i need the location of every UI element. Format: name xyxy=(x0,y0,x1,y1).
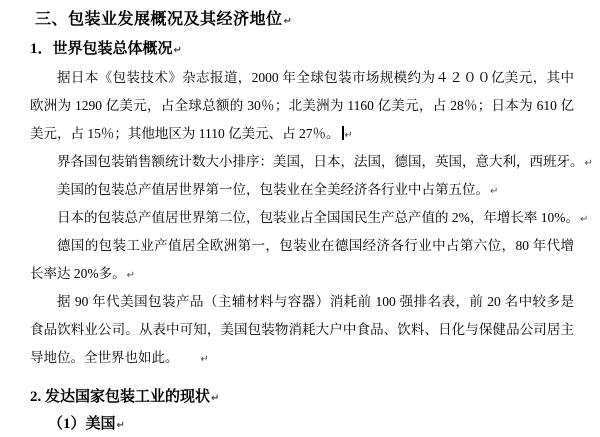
doc-title: 三、包装业发展概况及其经济地位↵ xyxy=(30,6,574,34)
body-text: 据日本《包装技术》杂志报道，2000 年全球包装市场规模约为４２００亿美元，其中… xyxy=(30,64,574,372)
line-text: 食品饮料业公司。从表中可知，美国包装物消耗大户中食品、饮料、日化与保健品公司居主 xyxy=(30,322,574,337)
body-line: 美元，占 15％；其他地区为 1110 亿美元、占 27％。↵ xyxy=(30,120,574,148)
line-text: 界各国包装销售额统计数大小排序：美国，日本，法国，德国，英国，意大利，西班牙。 xyxy=(57,154,584,169)
pilcrow-mark: ↵ xyxy=(211,393,219,404)
body-line: 界各国包装销售额统计数大小排序：美国，日本，法国，德国，英国，意大利，西班牙。↵ xyxy=(30,148,574,176)
pilcrow-mark: ↵ xyxy=(284,16,293,27)
body-line: 长率达 20%多。↵ xyxy=(30,260,574,288)
line-text: 长率达 20%多。 xyxy=(30,266,126,281)
body-line: 美国的包装总产值居世界第一位，包装业在全美经济各行业中占第五位。↵ xyxy=(30,176,574,204)
subsection-heading-usa-text: （1）美国 xyxy=(48,416,116,432)
section-heading-1: 1．世界包装总体概况↵ xyxy=(30,36,574,62)
body-line: 德国的包装工业产值居全欧洲第一，包装业在德国经济各行业中占第六位，80 年代增 xyxy=(30,232,574,260)
line-text: 欧洲为 1290 亿美元，占全球总额的 30％；北美洲为 1160 亿美元，占 … xyxy=(30,98,574,113)
body-line: 据日本《包装技术》杂志报道，2000 年全球包装市场规模约为４２００亿美元，其中 xyxy=(30,64,574,92)
body-line: 据 90 年代美国包装产品（主辅材料与容器）消耗前 100 强排名表，前 20 … xyxy=(30,288,574,316)
line-text: 美国的包装总产值居世界第一位，包装业在全美经济各行业中占第五位。 xyxy=(57,182,489,197)
body-line: 日本的包装总产值居世界第二位，包装业占全国国民生产总产值的 2%，年增长率 10… xyxy=(30,204,574,232)
document-page[interactable]: 三、包装业发展概况及其经济地位↵ 1．世界包装总体概况↵ 据日本《包装技术》杂志… xyxy=(0,0,600,437)
line-text: 导地位。全世界也如此。 xyxy=(30,350,179,365)
section-heading-2-text: 2. 发达国家包装工业的现状 xyxy=(30,389,210,405)
body-line: 欧洲为 1290 亿美元，占全球总额的 30％；北美洲为 1160 亿美元，占 … xyxy=(30,92,574,120)
line-text: 据 90 年代美国包装产品（主辅材料与容器）消耗前 100 强排名表，前 20 … xyxy=(57,294,574,309)
pilcrow-mark: ↵ xyxy=(117,420,125,431)
pilcrow-mark: ↵ xyxy=(580,214,588,225)
pilcrow-mark: ↵ xyxy=(201,354,209,365)
pilcrow-mark: ↵ xyxy=(345,130,353,141)
line-text: 据日本《包装技术》杂志报道，2000 年全球包装市场规模约为４２００亿美元，其中 xyxy=(57,70,574,85)
section-heading-1-text: 1．世界包装总体概况 xyxy=(30,41,173,57)
line-text: 德国的包装工业产值居全欧洲第一，包装业在德国经济各行业中占第六位，80 年代增 xyxy=(57,238,574,253)
line-text: 美元，占 15％；其他地区为 1110 亿美元、占 27％。 xyxy=(30,126,340,141)
body-line: 食品饮料业公司。从表中可知，美国包装物消耗大户中食品、饮料、日化与保健品公司居主 xyxy=(30,316,574,344)
subsection-heading-usa: （1）美国↵ xyxy=(30,411,574,437)
line-text: 日本的包装总产值居世界第二位，包装业占全国国民生产总产值的 2%，年增长率 10… xyxy=(57,210,579,225)
body-line: 导地位。全世界也如此。↵ xyxy=(30,344,574,372)
pilcrow-mark: ↵ xyxy=(127,270,135,281)
pilcrow-mark: ↵ xyxy=(174,45,182,56)
section-heading-2: 2. 发达国家包装工业的现状↵ xyxy=(30,384,574,410)
pilcrow-mark: ↵ xyxy=(490,186,498,197)
pilcrow-mark: ↵ xyxy=(585,158,593,169)
doc-title-text: 三、包装业发展概况及其经济地位 xyxy=(35,11,283,28)
text-cursor xyxy=(342,126,344,140)
